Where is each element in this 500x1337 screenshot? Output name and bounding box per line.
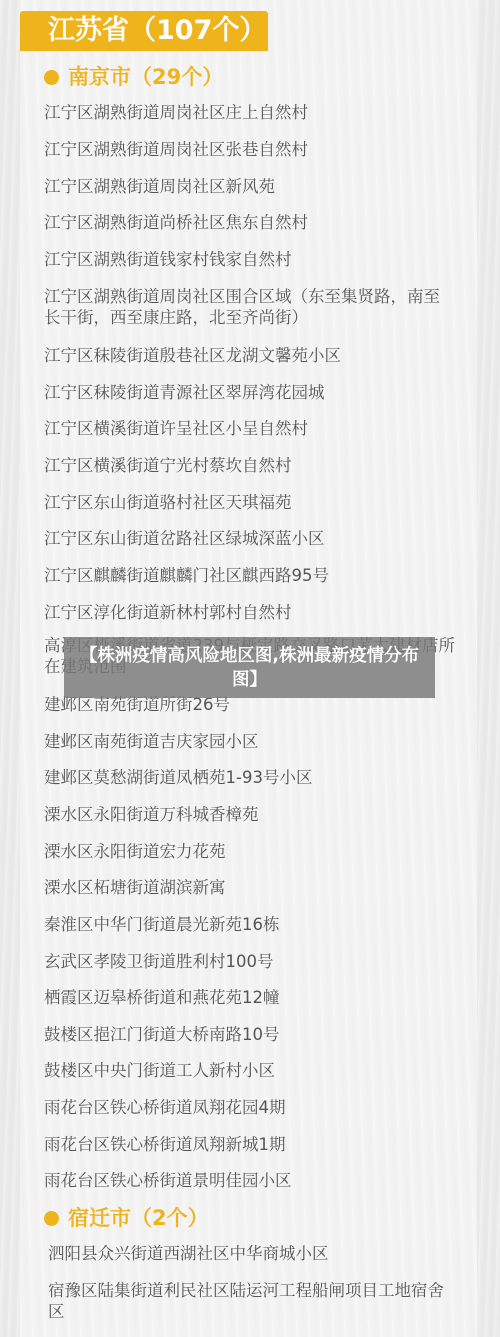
list-item: 江宁区湖熟街道周岗社区新风苑: [44, 176, 275, 197]
list-item: 江宁区横溪街道许呈社区小呈自然村: [44, 418, 308, 439]
bullet-dot-icon: [44, 70, 59, 85]
list-item: 江宁区湖熟街道周岗社区张巷自然村: [44, 139, 308, 160]
list-item: 江宁区秣陵街道殷巷社区龙湖文馨苑小区: [44, 345, 341, 366]
province-banner: 江苏省（107个）: [20, 11, 268, 51]
list-item: 江宁区湖熟街道周岗社区庄上自然村: [44, 102, 308, 123]
list-item: 泗阳县众兴街道西湖社区中华商城小区: [48, 1243, 329, 1264]
list-item: 江宁区东山街道岔路社区绿城深蓝小区: [44, 528, 325, 549]
city-heading-suqian: 宿迁市（2个）: [44, 1203, 209, 1233]
list-item: 秦淮区中华门街道晨光新苑16栋: [44, 914, 280, 935]
province-title: 江苏省（107个）: [48, 14, 266, 48]
list-item: 江宁区秣陵街道青源社区翠屏湾花园城: [44, 382, 325, 403]
caption-overlay: 【株洲疫情高风险地区图,株洲最新疫情分布图】: [64, 637, 435, 698]
list-item: 溧水区永阳街道万科城香樟苑: [44, 804, 259, 825]
list-item: 江宁区麒麟街道麒麟门社区麒西路95号: [44, 565, 329, 586]
city-title: 南京市（29个）: [68, 63, 223, 91]
bullet-dot-icon: [44, 1211, 59, 1226]
list-item: 建邺区莫愁湖街道凤栖苑1-93号小区: [44, 767, 312, 788]
list-item: 玄武区孝陵卫街道胜利村100号: [44, 951, 274, 972]
list-item: 江宁区淳化街道新林村郭村自然村: [44, 602, 292, 623]
list-item: 雨花台区铁心桥街道凤翔新城1期: [44, 1134, 286, 1155]
list-item: 建邺区南苑街道吉庆家园小区: [44, 731, 259, 752]
list-item: 溧水区永阳街道宏力花苑: [44, 841, 226, 862]
overlay-caption: 【株洲疫情高风险地区图,株洲最新疫情分布图】: [70, 644, 430, 692]
list-item: 鼓楼区中央门街道工人新村小区: [44, 1060, 275, 1081]
list-item: 宿豫区陆集街道利民社区陆运河工程船闸项目工地宿舍区: [48, 1280, 456, 1322]
city-heading-nanjing: 南京市（29个）: [44, 62, 223, 92]
list-item: 江宁区横溪街道宁光村蔡坎自然村: [44, 455, 292, 476]
list-item: 江宁区东山街道骆村社区天琪福苑: [44, 492, 292, 513]
list-item: 栖霞区迈皋桥街道和燕花苑12幢: [44, 987, 280, 1008]
list-item: 溧水区柘塘街道湖滨新寓: [44, 877, 226, 898]
list-item: 江宁区湖熟街道钱家村钱家自然村: [44, 249, 292, 270]
list-item: 鼓楼区挹江门街道大桥南路10号: [44, 1024, 280, 1045]
city-title: 宿迁市（2个）: [68, 1204, 209, 1232]
list-item: 雨花台区铁心桥街道景明佳园小区: [44, 1170, 292, 1191]
list-item: 江宁区湖熟街道尚桥社区焦东自然村: [44, 212, 308, 233]
list-item: 江宁区湖熟街道周岗社区围合区域（东至集贤路，南至长干街，西至康庄路，北至齐尚街）: [44, 286, 456, 328]
list-item: 雨花台区铁心桥街道凤翔花园4期: [44, 1097, 286, 1118]
